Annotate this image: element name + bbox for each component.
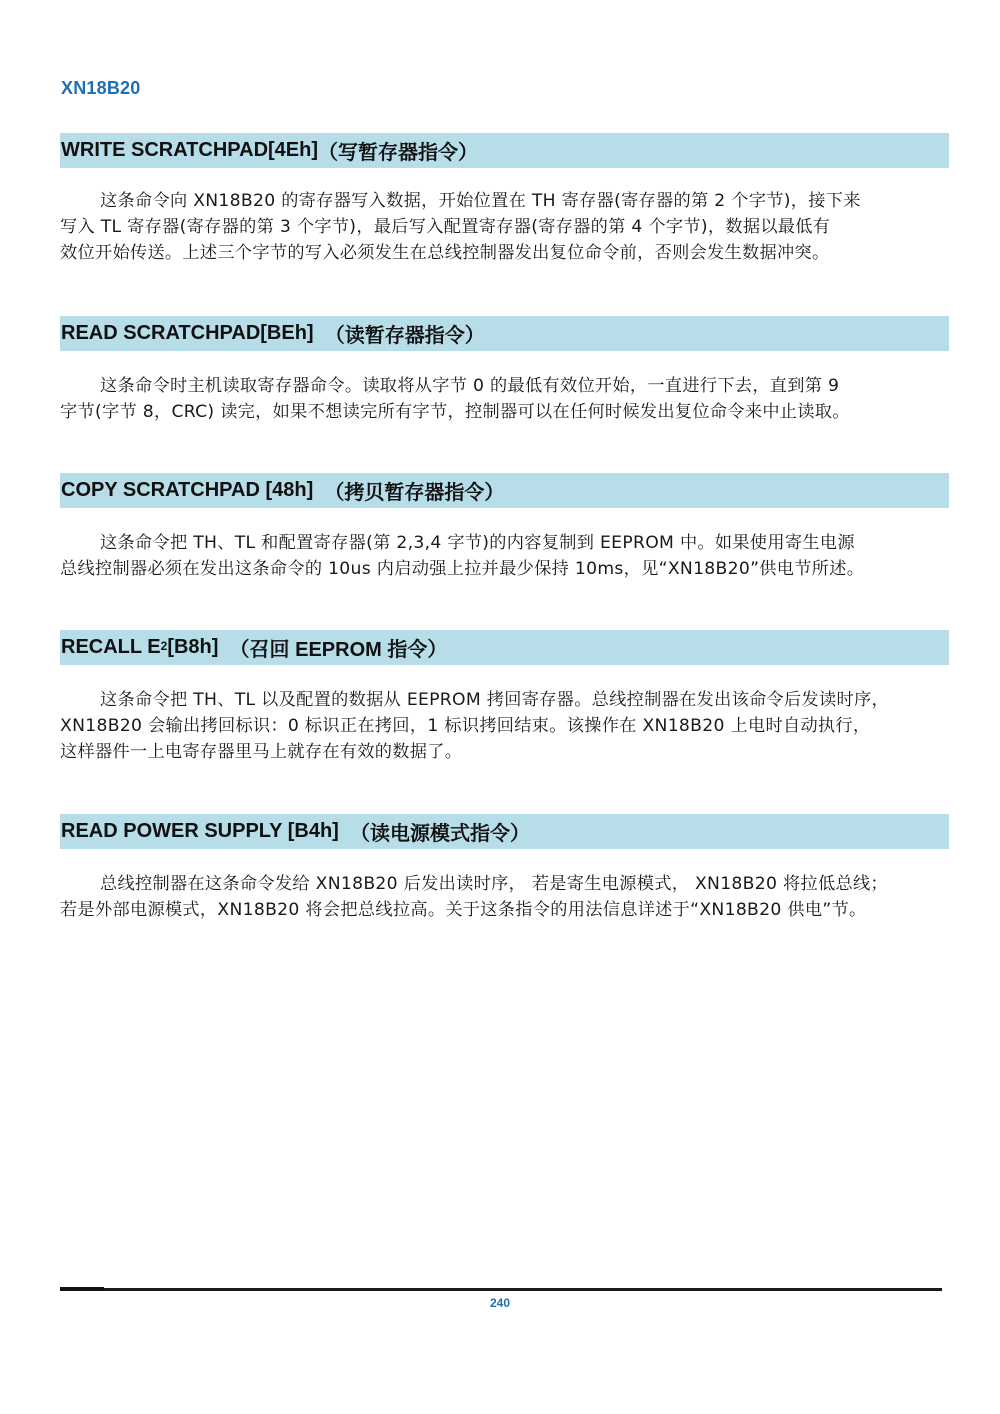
document-header-title: XN18B20 — [61, 78, 140, 99]
heading-description: （召回 EEPROM 指令） — [218, 633, 447, 662]
heading-description: （拷贝暂存器指令） — [313, 476, 504, 505]
heading-description: （写暂存器指令） — [318, 136, 478, 165]
section-write-scratchpad: WRITE SCRATCHPAD[4Eh]（写暂存器指令） 这条命令向 XN18… — [60, 133, 949, 266]
paragraph-line: 写入 TL 寄存器(寄存器的第 3 个字节)，最后写入配置寄存器(寄存器的第 4… — [60, 214, 949, 240]
heading-command-code: [B8h] — [167, 636, 218, 659]
section-heading: COPY SCRATCHPAD [48h] （拷贝暂存器指令） — [60, 473, 949, 508]
section-paragraph: 总线控制器在这条命令发给 XN18B20 后发出读时序， 若是寄生电源模式， X… — [60, 871, 949, 923]
paragraph-line: XN18B20 会输出拷回标识：0 标识正在拷回，1 标识拷回结束。该操作在 X… — [60, 713, 949, 739]
paragraph-line: 总线控制器在这条命令发给 XN18B20 后发出读时序， 若是寄生电源模式， X… — [60, 871, 949, 897]
footer-divider-accent — [60, 1287, 104, 1291]
heading-command: RECALL E — [61, 636, 161, 659]
section-recall-e2: RECALL E2[B8h] （召回 EEPROM 指令） 这条命令把 TH、T… — [60, 630, 949, 765]
section-read-scratchpad: READ SCRATCHPAD[BEh] （读暂存器指令） 这条命令时主机读取寄… — [60, 316, 949, 425]
page-number: 240 — [0, 1296, 1000, 1310]
section-paragraph: 这条命令把 TH、TL 和配置寄存器(第 2,3,4 字节)的内容复制到 EEP… — [60, 530, 949, 582]
paragraph-line: 这条命令把 TH、TL 和配置寄存器(第 2,3,4 字节)的内容复制到 EEP… — [60, 530, 949, 556]
paragraph-line: 效位开始传送。上述三个字节的写入必须发生在总线控制器发出复位命令前，否则会发生数… — [60, 240, 949, 266]
paragraph-line: 这条命令时主机读取寄存器命令。读取将从字节 0 的最低有效位开始，一直进行下去，… — [60, 373, 949, 399]
paragraph-line: 这条命令向 XN18B20 的寄存器写入数据，开始位置在 TH 寄存器(寄存器的… — [60, 188, 949, 214]
section-paragraph: 这条命令时主机读取寄存器命令。读取将从字节 0 的最低有效位开始，一直进行下去，… — [60, 373, 949, 425]
paragraph-line: 字节(字节 8，CRC) 读完，如果不想读完所有字节，控制器可以在任何时候发出复… — [60, 399, 949, 425]
heading-description: （读电源模式指令） — [339, 817, 530, 846]
heading-command: WRITE SCRATCHPAD[4Eh] — [61, 139, 318, 162]
heading-command: READ POWER SUPPLY [B4h] — [61, 820, 339, 843]
section-paragraph: 这条命令把 TH、TL 以及配置的数据从 EEPROM 拷回寄存器。总线控制器在… — [60, 687, 949, 765]
heading-description: （读暂存器指令） — [314, 319, 485, 348]
paragraph-line: 这样器件一上电寄存器里马上就存在有效的数据了。 — [60, 739, 949, 765]
heading-command: READ SCRATCHPAD[BEh] — [61, 322, 314, 345]
section-heading: WRITE SCRATCHPAD[4Eh]（写暂存器指令） — [60, 133, 949, 168]
section-heading: RECALL E2[B8h] （召回 EEPROM 指令） — [60, 630, 949, 665]
paragraph-line: 总线控制器必须在发出这条命令的 10us 内启动强上拉并最少保持 10ms，见“… — [60, 556, 949, 582]
paragraph-line: 这条命令把 TH、TL 以及配置的数据从 EEPROM 拷回寄存器。总线控制器在… — [60, 687, 949, 713]
heading-command: COPY SCRATCHPAD [48h] — [61, 479, 313, 502]
section-copy-scratchpad: COPY SCRATCHPAD [48h] （拷贝暂存器指令） 这条命令把 TH… — [60, 473, 949, 582]
section-heading: READ SCRATCHPAD[BEh] （读暂存器指令） — [60, 316, 949, 351]
footer-divider — [60, 1288, 942, 1291]
section-read-power-supply: READ POWER SUPPLY [B4h] （读电源模式指令） 总线控制器在… — [60, 814, 949, 923]
paragraph-line: 若是外部电源模式，XN18B20 将会把总线拉高。关于这条指令的用法信息详述于“… — [60, 897, 949, 923]
section-paragraph: 这条命令向 XN18B20 的寄存器写入数据，开始位置在 TH 寄存器(寄存器的… — [60, 188, 949, 266]
section-heading: READ POWER SUPPLY [B4h] （读电源模式指令） — [60, 814, 949, 849]
